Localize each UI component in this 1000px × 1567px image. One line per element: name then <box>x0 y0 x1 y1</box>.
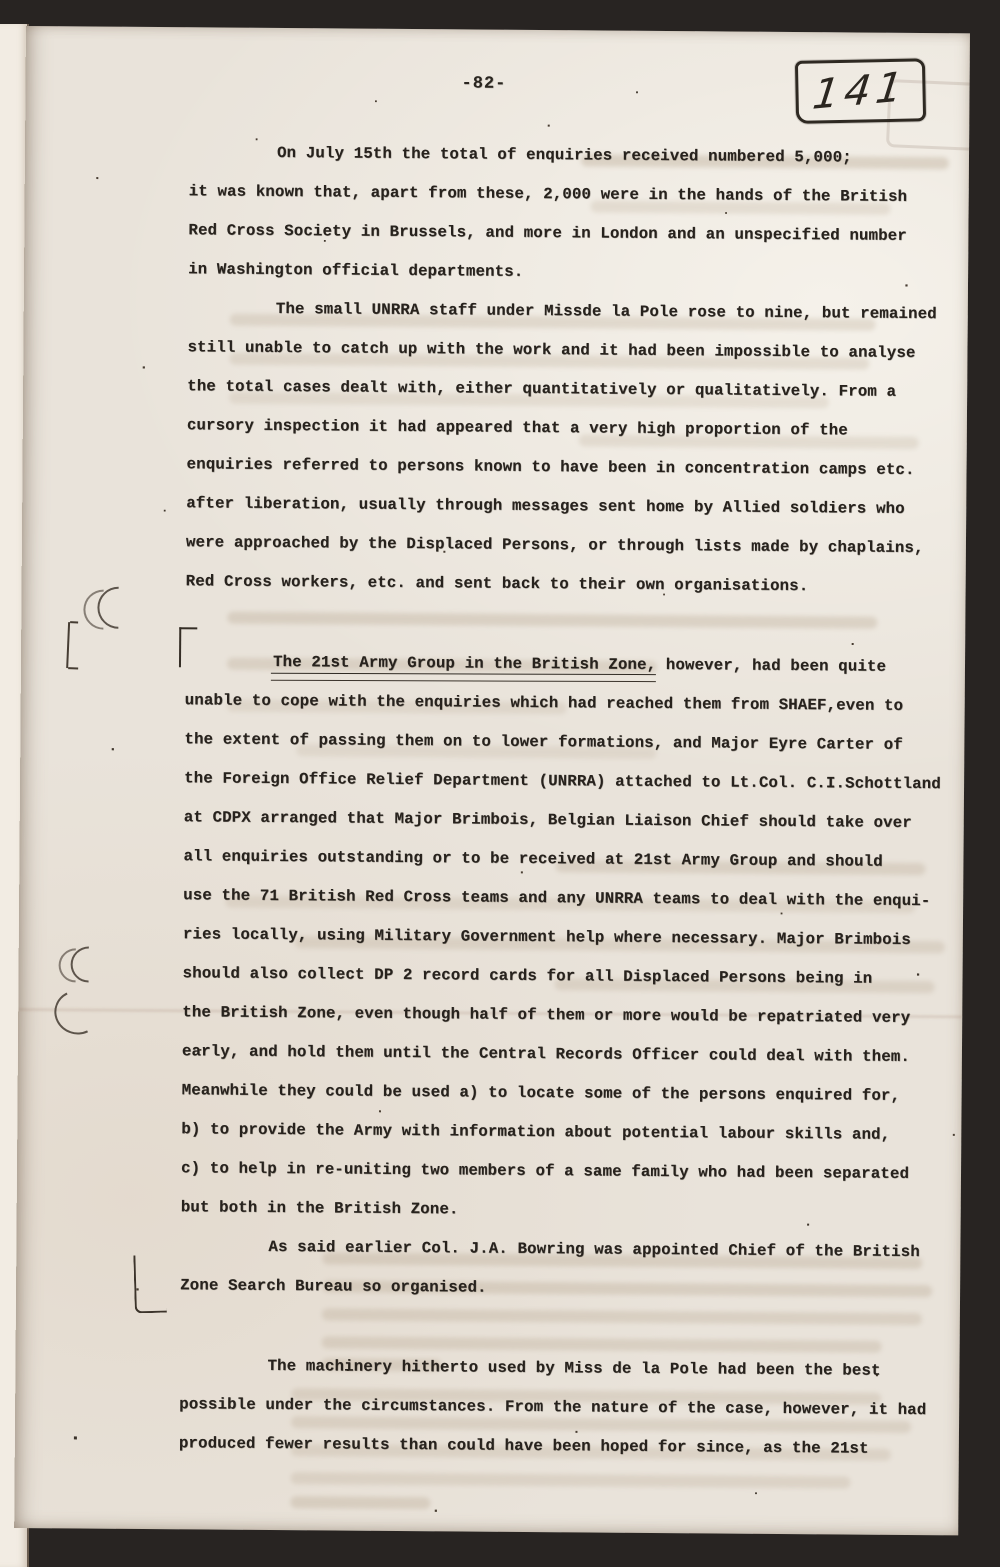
typed-line-rest: however, had been quite <box>656 656 886 676</box>
scanned-document-page: -82- 141 On July 15th the total of enqui… <box>0 0 1000 1567</box>
typed-line: should also collect DP 2 record cards fo… <box>182 954 939 999</box>
pencil-bracket-mark <box>66 622 84 669</box>
archive-stamp-box: 141 <box>795 58 926 124</box>
punch-hole-mark <box>48 984 106 1040</box>
typed-line: were approached by the Displaced Persons… <box>186 523 943 568</box>
archive-stamp-number: 141 <box>811 66 910 115</box>
typed-line: early, and hold them until the Central R… <box>182 1032 939 1077</box>
typed-line: use the 71 British Red Cross teams and a… <box>183 876 940 921</box>
typed-line: the Foreign Office Relief Department (UN… <box>184 759 941 804</box>
typed-line: but both in the British Zone. <box>181 1188 938 1233</box>
typed-line: c) to help in re-uniting two members of … <box>181 1149 938 1194</box>
document-sheet: -82- 141 On July 15th the total of enqui… <box>14 26 970 1535</box>
typed-line: possible under the circumstances. From t… <box>179 1385 936 1430</box>
typed-line: at CDPX arranged that Major Brimbois, Be… <box>184 798 941 843</box>
typed-line: cursory inspection it had appeared that … <box>187 406 944 451</box>
typed-line: Meanwhile they could be used a) to locat… <box>181 1071 938 1116</box>
typed-line: The machinery hitherto used by Miss de l… <box>179 1346 936 1391</box>
typed-line: The 21st Army Group in the British Zone,… <box>185 642 942 687</box>
typed-line: it was known that, apart from these, 2,0… <box>189 172 946 217</box>
typed-line: the total cases dealt with, either quant… <box>187 367 944 412</box>
typed-line: ries locally, using Military Government … <box>183 915 940 960</box>
typed-line: Red Cross workers, etc. and sent back to… <box>185 562 942 607</box>
typed-line: all enquiries outstanding or to be recei… <box>183 837 940 882</box>
paper-speckles <box>26 26 27 27</box>
typed-line: the British Zone, even though half of th… <box>182 993 939 1038</box>
typed-text-block: On July 15th the total of enquiries rece… <box>179 133 946 1469</box>
typed-line: Red Cross Society in Brussels, and more … <box>188 211 945 256</box>
typed-line: the extent of passing them on to lower f… <box>184 720 941 765</box>
typed-line: unable to cope with the enquiries which … <box>185 681 942 726</box>
typed-line: As said earlier Col. J.A. Bowring was ap… <box>180 1227 937 1272</box>
typed-line: On July 15th the total of enquiries rece… <box>189 133 946 178</box>
typed-line: enquiries referred to persons known to h… <box>186 445 943 490</box>
typed-line: in Washington official departments. <box>188 250 945 295</box>
typed-line: after liberation, usually through messag… <box>186 484 943 529</box>
typed-line: produced fewer results than could have b… <box>179 1424 936 1469</box>
typed-line: b) to provide the Army with information … <box>181 1110 938 1155</box>
typed-line: still unable to catch up with the work a… <box>187 328 944 373</box>
pencil-l-mark <box>133 1255 167 1314</box>
page-number: -82- <box>461 73 506 95</box>
underlined-heading: The 21st Army Group in the British Zone, <box>273 643 656 685</box>
bleedthrough-text-ghost <box>26 26 970 33</box>
typed-line: The small UNRRA staff under Missde la Po… <box>188 289 945 334</box>
typed-line: Zone Search Bureau so organised. <box>180 1266 937 1311</box>
